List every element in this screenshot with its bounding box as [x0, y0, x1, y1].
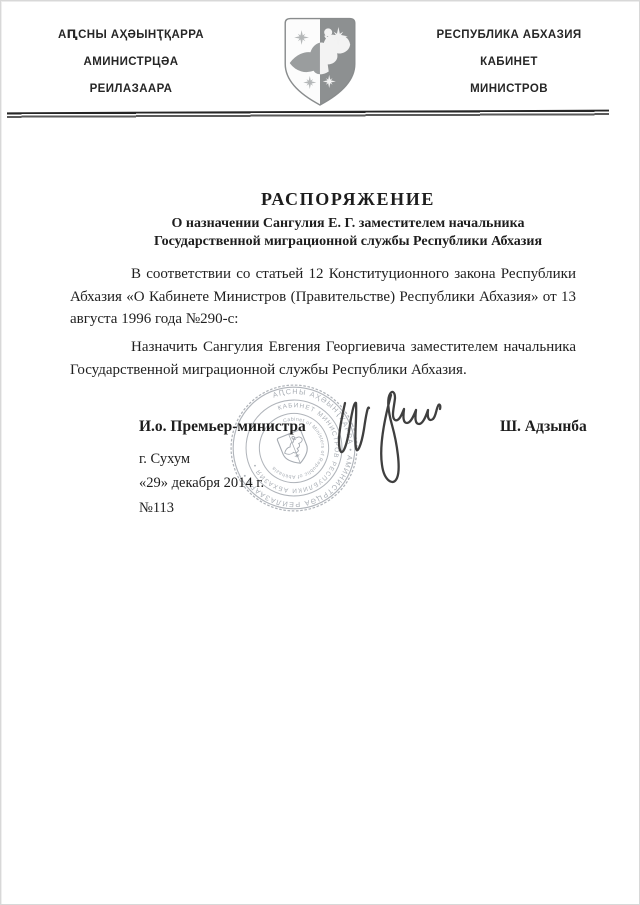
document-page: АԤСНЫ АҲӘЫНҬҚАРРА АМИНИСТРЦӘА РЕИЛАЗААРА	[0, 0, 640, 905]
letterhead-abkhaz: АԤСНЫ АҲӘЫНҬҚАРРА АМИНИСТРЦӘА РЕИЛАЗААРА	[27, 25, 235, 96]
date-line: «29» декабря 2014 г.	[139, 475, 264, 492]
letterhead-line: МИНИСТРОВ	[405, 83, 613, 96]
letterhead-line: РЕИЛАЗААРА	[27, 83, 235, 96]
document-title: РАСПОРЯЖЕНИЕ	[55, 189, 640, 210]
city-line: г. Сухум	[139, 451, 190, 468]
letterhead-line: РЕСПУБЛИКА АБХАЗИЯ	[405, 29, 613, 42]
letterhead-russian: РЕСПУБЛИКА АБХАЗИЯ КАБИНЕТ МИНИСТРОВ	[405, 25, 613, 96]
signer-name: Ш. Адзынба	[500, 418, 587, 436]
subject-line: Государственной миграционной службы Респ…	[55, 233, 640, 251]
handwritten-signature	[331, 383, 459, 501]
letterhead-line: КАБИНЕТ	[405, 56, 613, 69]
subject-line: О назначении Сангулия Е. Г. заместителем…	[55, 215, 640, 233]
letterhead-line: АԤСНЫ АҲӘЫНҬҚАРРА	[27, 29, 235, 42]
signer-position: И.о. Премьер-министра	[139, 418, 306, 436]
document-subject: О назначении Сангулия Е. Г. заместителем…	[55, 215, 640, 250]
letterhead: АԤСНЫ АҲӘЫНҬҚАРРА АМИНИСТРЦӘА РЕИЛАЗААРА	[27, 25, 613, 119]
letterhead-line: АМИНИСТРЦӘА	[27, 56, 235, 69]
coat-of-arms-icon	[281, 17, 359, 107]
body-paragraph: В соответствии со статьей 12 Конституцио…	[70, 263, 576, 331]
document-number: №113	[139, 500, 174, 517]
